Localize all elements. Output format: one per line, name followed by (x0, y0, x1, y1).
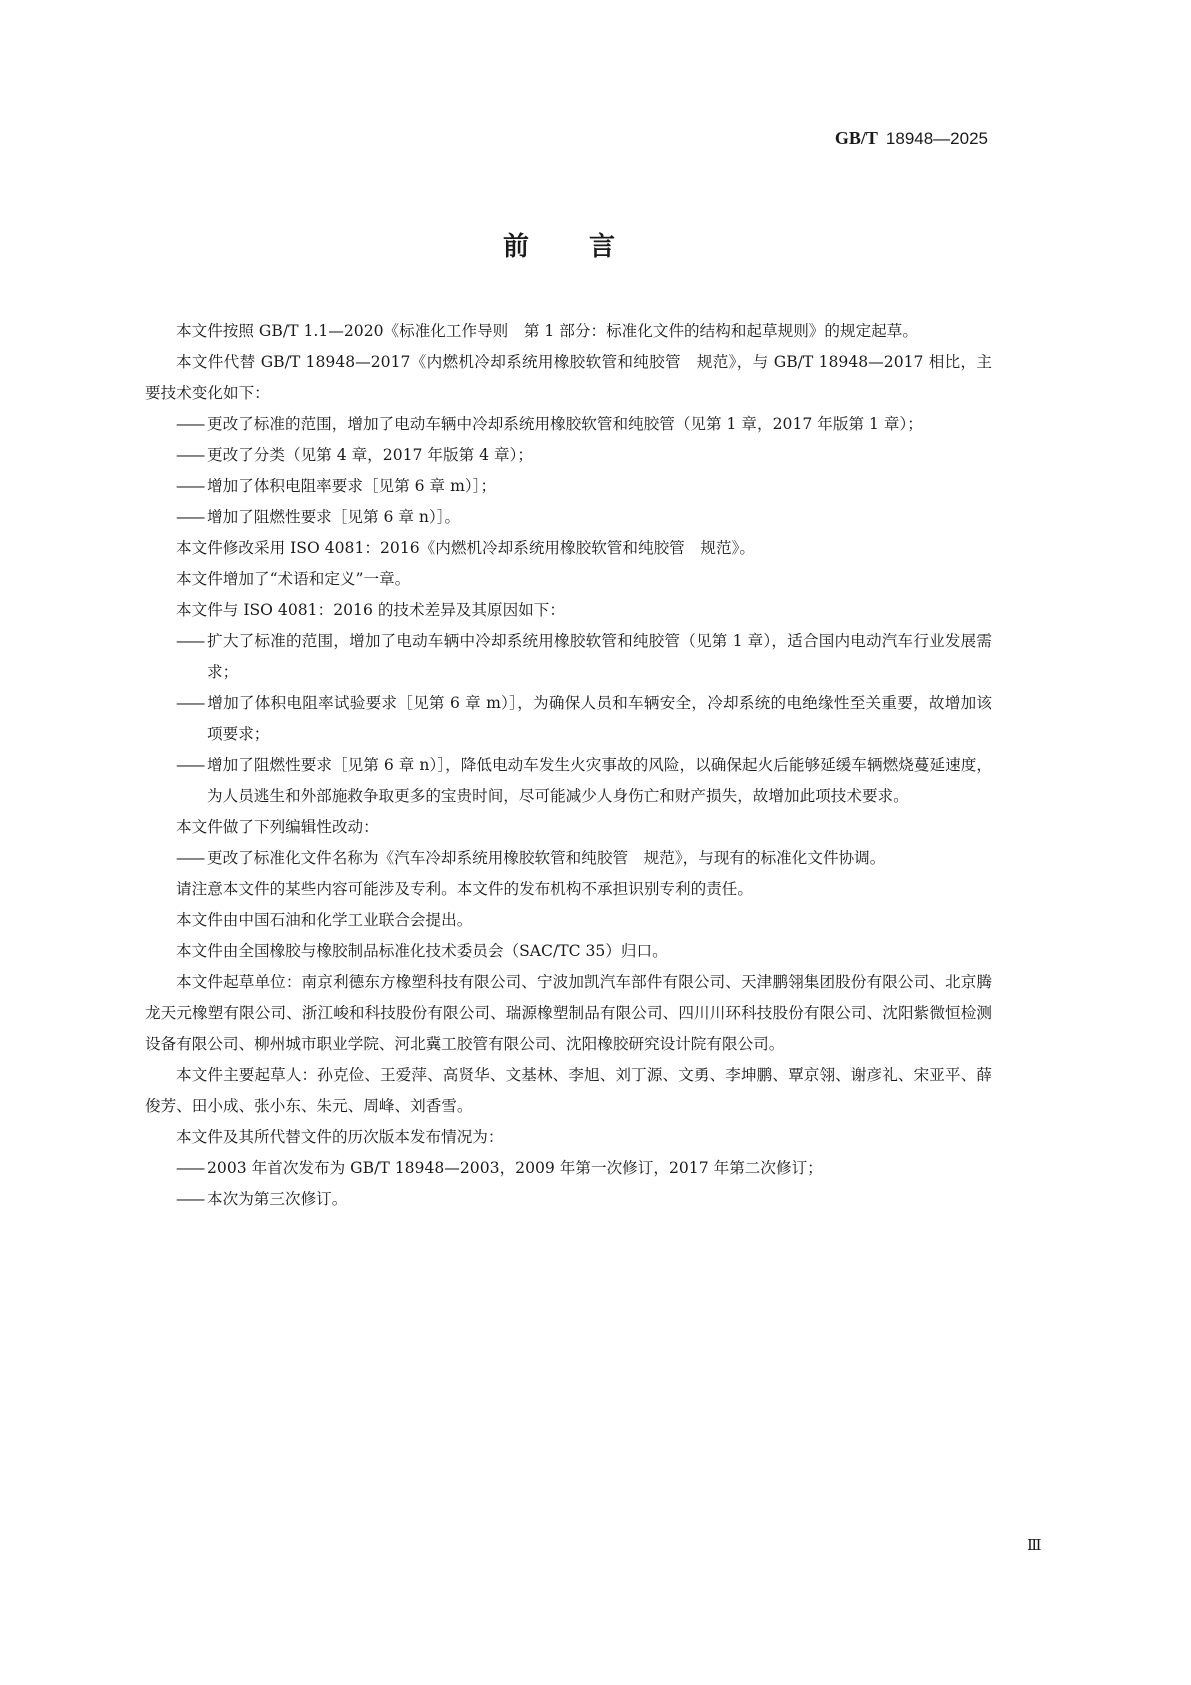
dash-mark: —— (176, 688, 207, 719)
list-item-text: 增加了体积电阻率试验要求［见第 6 章 m）］，为确保人员和车辆安全，冷却系统的… (207, 694, 992, 743)
paragraph: 本文件按照 GB/T 1.1—2020《标准化工作导则 第 1 部分：标准化文件… (145, 316, 992, 347)
dash-list-item: ——扩大了标准的范围，增加了电动车辆中冷却系统用橡胶软管和纯胶管（见第 1 章）… (207, 626, 992, 688)
list-item-text: 增加了体积电阻率要求［见第 6 章 m）］； (207, 477, 496, 495)
dash-mark: —— (176, 440, 207, 471)
list-item-text: 本次为第三次修订。 (207, 1190, 347, 1208)
list-item-text: 2003 年首次发布为 GB/T 18948—2003，2009 年第一次修订，… (207, 1159, 823, 1177)
dash-mark: —— (176, 1184, 207, 1215)
title-char-1: 前 (503, 226, 531, 263)
paragraph: 本文件主要起草人：孙克俭、王爱萍、高贤华、文基林、李旭、刘丁源、文勇、李坤鹏、覃… (145, 1060, 992, 1122)
dash-mark: —— (176, 1153, 207, 1184)
dash-list-item: ——2003 年首次发布为 GB/T 18948—2003，2009 年第一次修… (207, 1153, 992, 1184)
paragraph: 本文件由中国石油和化学工业联合会提出。 (145, 905, 992, 936)
paragraph: 本文件由全国橡胶与橡胶制品标准化技术委员会（SAC/TC 35）归口。 (145, 936, 992, 967)
dash-mark: —— (176, 750, 207, 781)
list-item-text: 更改了分类（见第 4 章，2017 年版第 4 章）； (207, 446, 533, 464)
dash-list-item: ——增加了阻燃性要求［见第 6 章 n）］，降低电动车发生火灾事故的风险，以确保… (207, 750, 992, 812)
dash-mark: —— (176, 409, 207, 440)
dash-mark: —— (176, 843, 207, 874)
dash-mark: —— (176, 502, 207, 533)
paragraph: 本文件与 ISO 4081：2016 的技术差异及其原因如下： (145, 595, 992, 626)
dash-list-item: ——增加了体积电阻率要求［见第 6 章 m）］； (207, 471, 992, 502)
list-item-text: 更改了标准化文件名称为《汽车冷却系统用橡胶软管和纯胶管 规范》，与现有的标准化文… (207, 849, 885, 867)
standard-code: GB/T (835, 128, 878, 148)
dash-list-item: ——更改了标准化文件名称为《汽车冷却系统用橡胶软管和纯胶管 规范》，与现有的标准… (207, 843, 992, 874)
standard-number: 18948—2025 (886, 129, 988, 148)
paragraph: 本文件增加了“术语和定义”一章。 (145, 564, 992, 595)
paragraph: 本文件起草单位：南京利德东方橡塑科技有限公司、宁波加凯汽车部件有限公司、天津鹏翎… (145, 967, 992, 1060)
list-item-text: 扩大了标准的范围，增加了电动车辆中冷却系统用橡胶软管和纯胶管（见第 1 章），适… (207, 632, 992, 681)
document-header: GB/T18948—2025 (835, 128, 988, 149)
dash-mark: —— (176, 626, 207, 657)
dash-list-item: ——本次为第三次修订。 (207, 1184, 992, 1215)
foreword-body: 本文件按照 GB/T 1.1—2020《标准化工作导则 第 1 部分：标准化文件… (145, 316, 992, 1215)
dash-list-item: ——增加了体积电阻率试验要求［见第 6 章 m）］，为确保人员和车辆安全，冷却系… (207, 688, 992, 750)
list-item-text: 更改了标准的范围，增加了电动车辆中冷却系统用橡胶软管和纯胶管（见第 1 章，20… (207, 415, 923, 433)
paragraph: 本文件做了下列编辑性改动： (145, 812, 992, 843)
paragraph: 本文件修改采用 ISO 4081：2016《内燃机冷却系统用橡胶软管和纯胶管 规… (145, 533, 992, 564)
page-title: 前言 (0, 226, 1120, 263)
paragraph: 本文件及其所代替文件的历次版本发布情况为： (145, 1122, 992, 1153)
dash-list-item: ——更改了标准的范围，增加了电动车辆中冷却系统用橡胶软管和纯胶管（见第 1 章，… (207, 409, 992, 440)
page-number: Ⅲ (1027, 1536, 1041, 1554)
list-item-text: 增加了阻燃性要求［见第 6 章 n）］，降低电动车发生火灾事故的风险，以确保起火… (207, 756, 992, 805)
dash-mark: —— (176, 471, 207, 502)
title-char-2: 言 (589, 226, 617, 263)
paragraph: 请注意本文件的某些内容可能涉及专利。本文件的发布机构不承担识别专利的责任。 (145, 874, 992, 905)
list-item-text: 增加了阻燃性要求［见第 6 章 n）］。 (207, 508, 460, 526)
paragraph: 本文件代替 GB/T 18948—2017《内燃机冷却系统用橡胶软管和纯胶管 规… (145, 347, 992, 409)
dash-list-item: ——增加了阻燃性要求［见第 6 章 n）］。 (207, 502, 992, 533)
dash-list-item: ——更改了分类（见第 4 章，2017 年版第 4 章）； (207, 440, 992, 471)
